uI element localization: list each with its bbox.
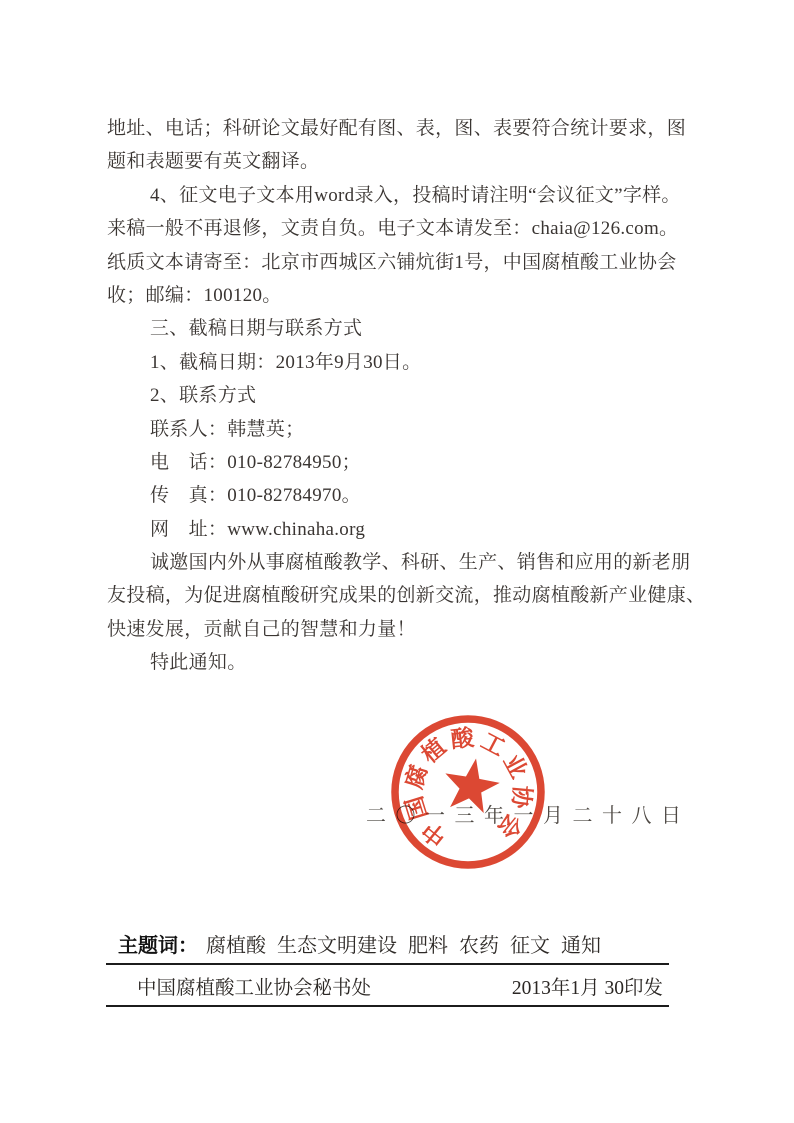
notice-document-page: 地址、电话；科研论文最好配有图、表，图、表要符合统计要求，图 题和表题要有英文翻…	[0, 0, 794, 1123]
body-line: 来稿一般不再退修，文责自负。电子文本请发至：chaia@126.com。	[107, 212, 707, 245]
seal-star-icon	[440, 754, 503, 815]
body-line: 题和表题要有英文翻译。	[107, 145, 707, 178]
body-line: 快速发展，贡献自己的智慧和力量！	[107, 613, 707, 646]
document-footer: 主题词： 腐植酸 生态文明建设 肥料 农药 征文 通知 中国腐植酸工业协会秘书处…	[106, 929, 669, 1007]
keywords-list: 腐植酸 生态文明建设 肥料 农药 征文 通知	[206, 929, 601, 958]
seal-arc-char: 工	[477, 728, 509, 761]
official-seal: 中 国 腐 植 酸 工 业 协 会	[383, 707, 553, 877]
body-line: 友投稿，为促进腐植酸研究成果的创新交流，推动腐植酸新产业健康、	[107, 579, 707, 612]
seal-arc-char: 国	[402, 793, 433, 822]
seal-arc-char: 协	[508, 784, 535, 810]
website-line: 网 址：www.chinaha.org	[107, 513, 707, 546]
body-line: 诚邀国内外从事腐植酸教学、科研、生产、销售和应用的新老朋	[107, 546, 707, 579]
seal-arc-char: 腐	[400, 762, 431, 791]
issuer-row: 中国腐植酸工业协会秘书处 2013年1月 30印发	[106, 965, 669, 1007]
keywords-label: 主题词：	[118, 929, 198, 958]
seal-arc-char: 业	[499, 750, 532, 782]
phone-line: 电 话：010-82784950；	[107, 446, 707, 479]
print-date: 2013年1月 30印发	[512, 972, 663, 1000]
body-line: 4、征文电子文本用word录入，投稿时请注明“会议征文”字样。	[107, 179, 707, 212]
issuer-name: 中国腐植酸工业协会秘书处	[137, 972, 371, 1000]
body-line: 1、截稿日期：2013年9月30日。	[107, 346, 707, 379]
keywords-row: 主题词： 腐植酸 生态文明建设 肥料 农药 征文 通知	[106, 929, 669, 965]
contact-person-line: 联系人：韩慧英；	[107, 413, 707, 446]
fax-line: 传 真：010-82784970。	[107, 479, 707, 512]
section-heading: 三、截稿日期与联系方式	[107, 312, 707, 345]
seal-arc-char: 酸	[450, 724, 477, 752]
closing-line: 特此通知。	[107, 646, 707, 679]
body-line: 纸质文本请寄至：北京市西城区六铺炕街1号，中国腐植酸工业协会	[107, 246, 707, 279]
body-line: 2、联系方式	[107, 379, 707, 412]
body-line: 收；邮编：100120。	[107, 279, 707, 312]
body-line: 地址、电话；科研论文最好配有图、表，图、表要符合统计要求，图	[107, 112, 707, 145]
notice-body: 地址、电话；科研论文最好配有图、表，图、表要符合统计要求，图 题和表题要有英文翻…	[107, 112, 707, 680]
